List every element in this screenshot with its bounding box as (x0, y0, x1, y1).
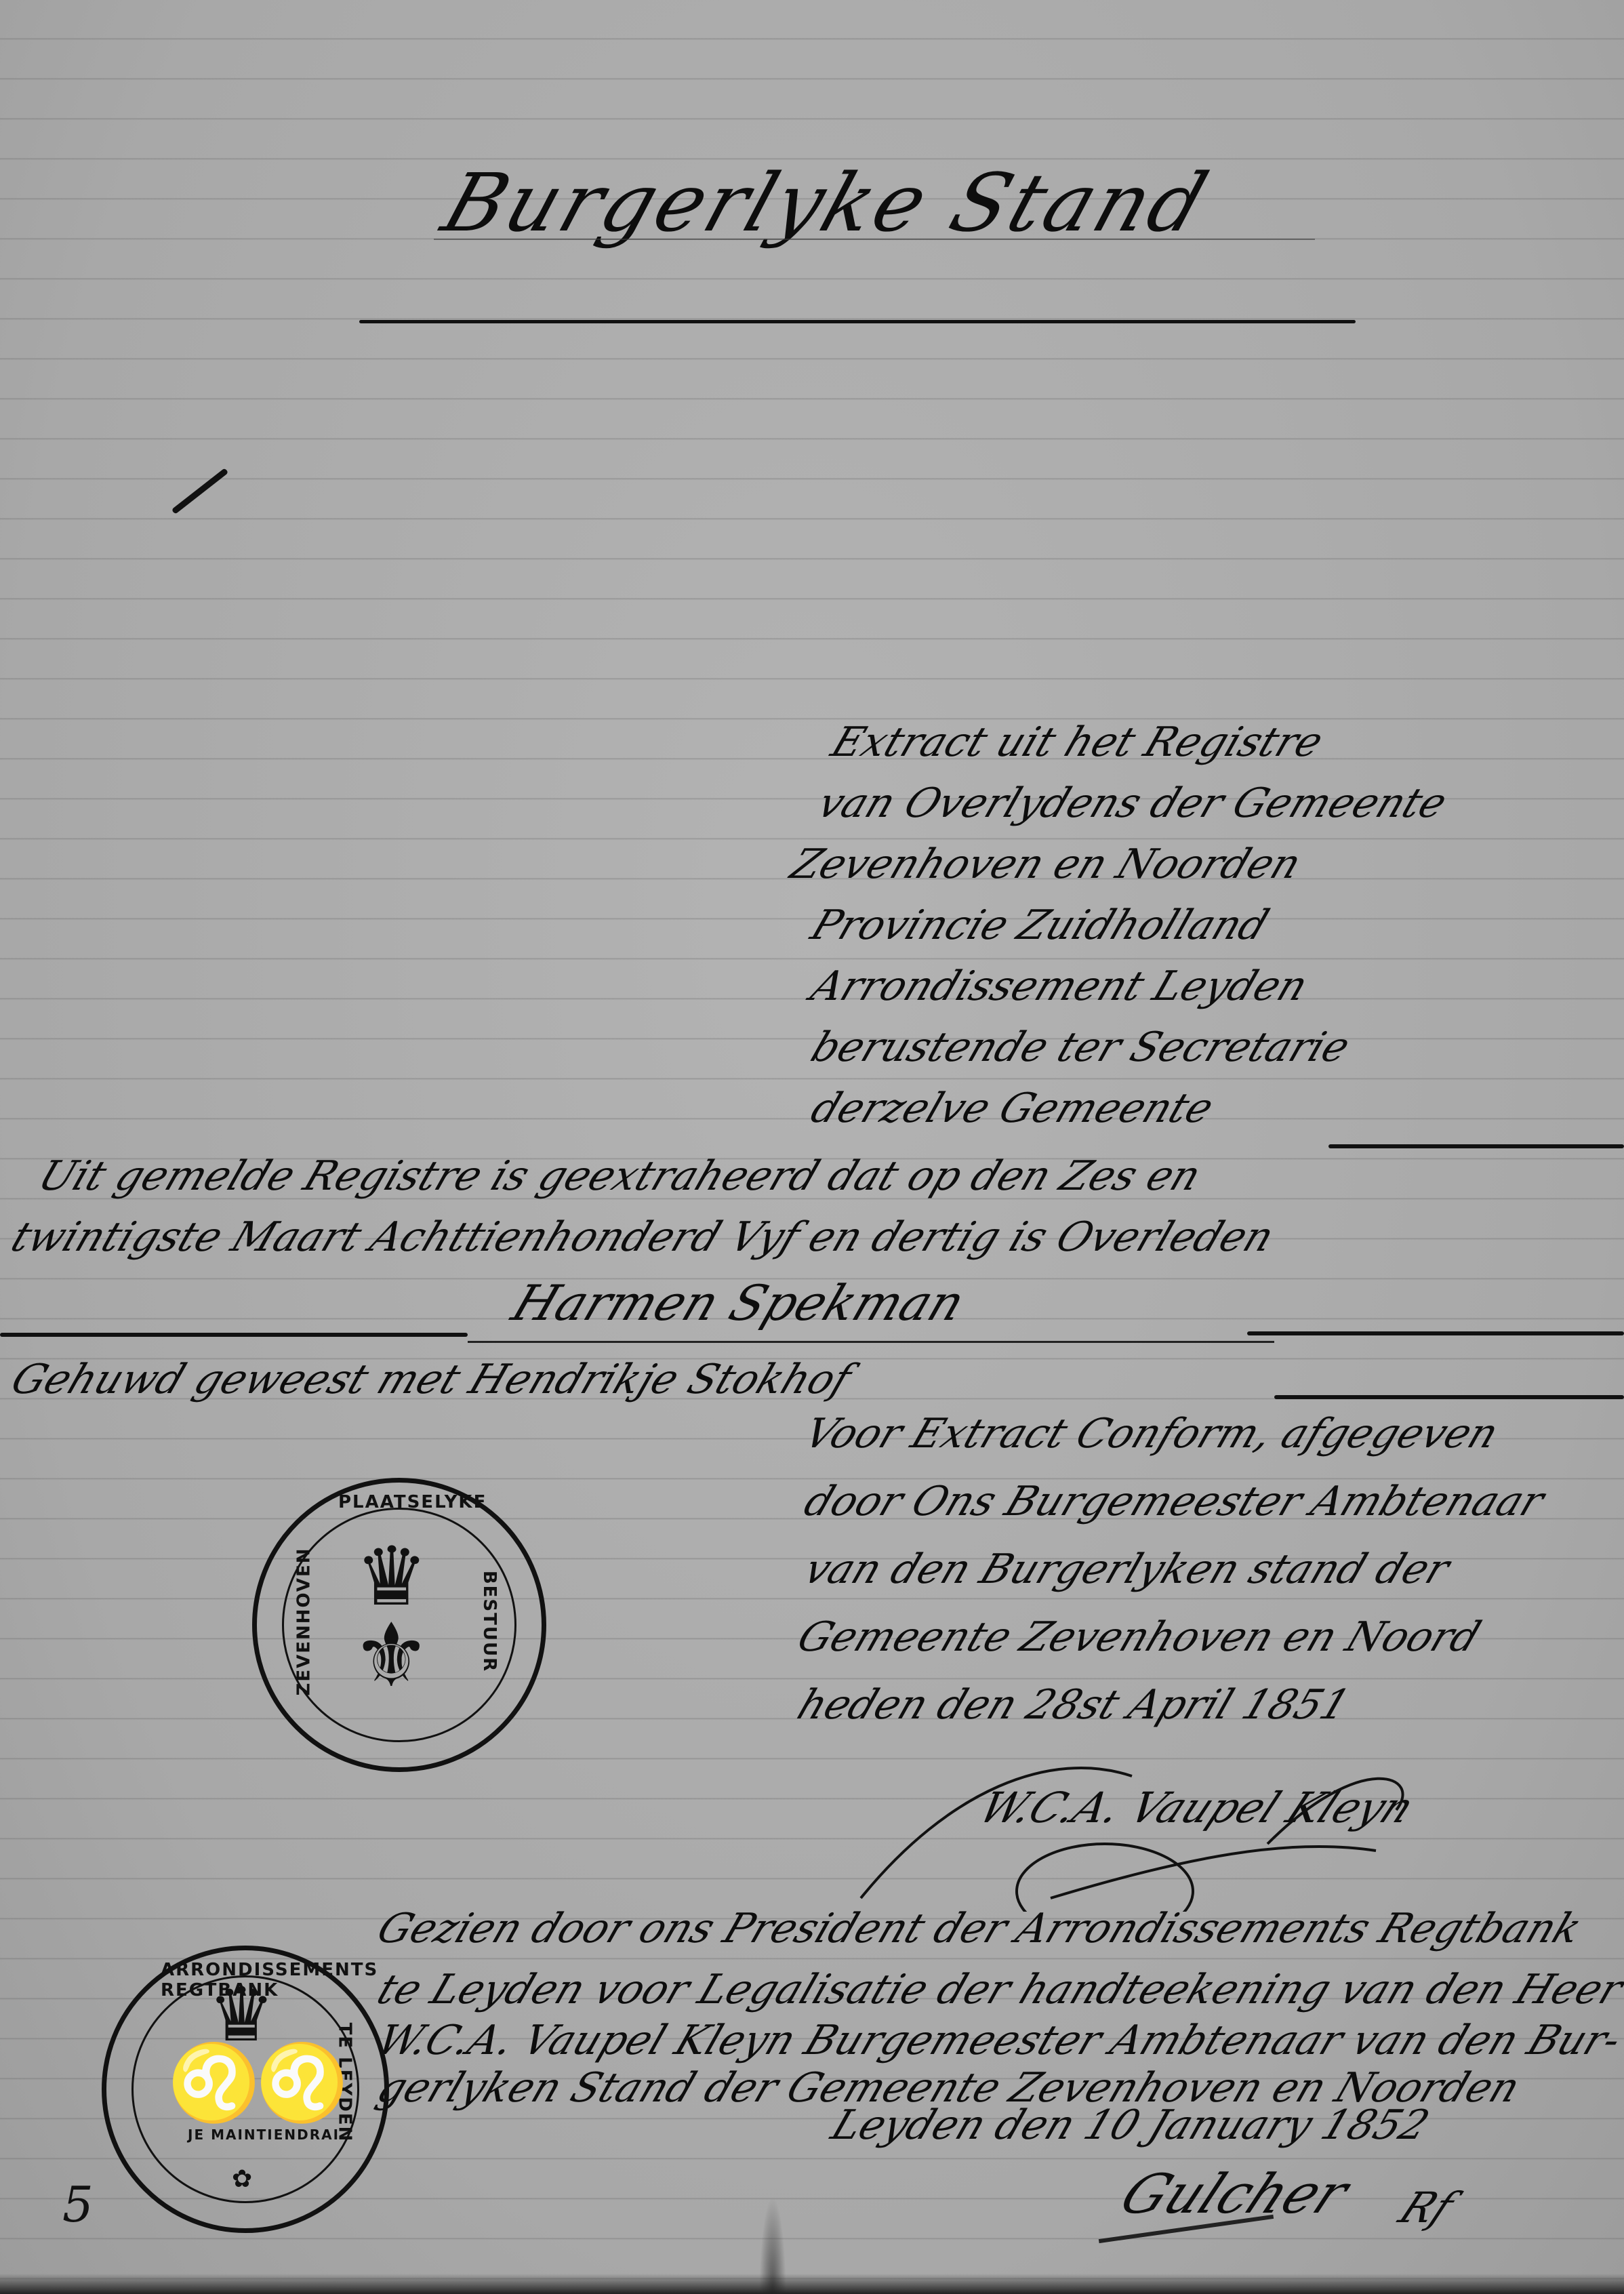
header-line: Extract uit het Registre (825, 719, 1329, 766)
line-filler-rule (1328, 1144, 1624, 1148)
line-filler-rule (0, 1333, 468, 1337)
document-title: Burgerlyke Stand (432, 156, 1221, 249)
cert-line: Voor Extract Conform, afgegeven (798, 1410, 1505, 1457)
line-filler-rule (1247, 1331, 1624, 1335)
title-rule (359, 320, 1356, 323)
line-filler-rule (1274, 1395, 1624, 1399)
title-baseline (434, 239, 1315, 240)
municipal-seal: PLAATSELYKE BESTUUR ZEVENHOVEN ♛ ⚜ (252, 1478, 546, 1772)
page-number: 5 (62, 2176, 94, 2233)
cert-line: Gemeente Zevenhoven en Noord (791, 1613, 1486, 1661)
header-line: Zevenhoven en Noorden (784, 841, 1307, 888)
header-line: berustende ter Secretarie (805, 1024, 1356, 1071)
seal-text: BESTUUR (479, 1571, 500, 1672)
place-date: Leyden den 10 January 1852 (825, 2101, 1436, 2149)
seal-text: ZEVENHOVEN (294, 1547, 314, 1695)
header-line: Arrondissement Leyden (805, 963, 1314, 1010)
signature-flourish (847, 1735, 1457, 1912)
rosette-icon: ✿ (232, 2167, 252, 2192)
lion-icon: ♌ (256, 2045, 348, 2120)
header-line: Provincie Zuidholland (805, 902, 1275, 949)
cert-line: door Ons Burgemeester Ambtenaar (798, 1478, 1550, 1525)
cert-line: van den Burgerlyken stand der (798, 1546, 1456, 1593)
body-line: twintigste Maart Achttienhonderd Vyf en … (5, 1213, 1280, 1261)
spouse-line: Gehuwd geweest met Hendrikje Stokhof (5, 1356, 857, 1403)
legal-line: Gezien door ons President der Arrondisse… (371, 1905, 1587, 1952)
legal-line: W.C.A. Vaupel Kleyn Burgemeester Ambtena… (371, 2017, 1624, 2064)
name-underline (468, 1341, 1274, 1343)
legal-line: te Leyden voor Legalisatie der handteeke… (371, 1966, 1624, 2013)
deceased-name: Harmen Spekman (505, 1274, 973, 1331)
body-line: Uit gemelde Registre is geextraheerd dat… (32, 1152, 1207, 1200)
page-mark (171, 468, 228, 515)
lion-icon: ♌ (167, 2045, 260, 2120)
header-line: derzelve Gemeente (805, 1085, 1219, 1132)
seal-text: PLAATSELYKE (338, 1492, 487, 1512)
header-line: van Overlydens der Gemeente (811, 780, 1453, 827)
paraph: Rf (1392, 2183, 1462, 2232)
president-signature: Gulcher (1110, 2162, 1358, 2226)
court-seal: ARRONDISSEMENTS REGTBANK TE LEYDEN ♛ ♌ ♌… (102, 1946, 389, 2233)
seal-motto: JE MAINTIENDRAI (188, 2127, 340, 2143)
double-eagle-icon: ⚜ (352, 1611, 431, 1699)
scan-edge-shadow (0, 2274, 1624, 2294)
cert-line: heden den 28st April 1851 (791, 1681, 1356, 1729)
document-page: Burgerlyke Stand Extract uit het Registr… (0, 0, 1624, 2294)
